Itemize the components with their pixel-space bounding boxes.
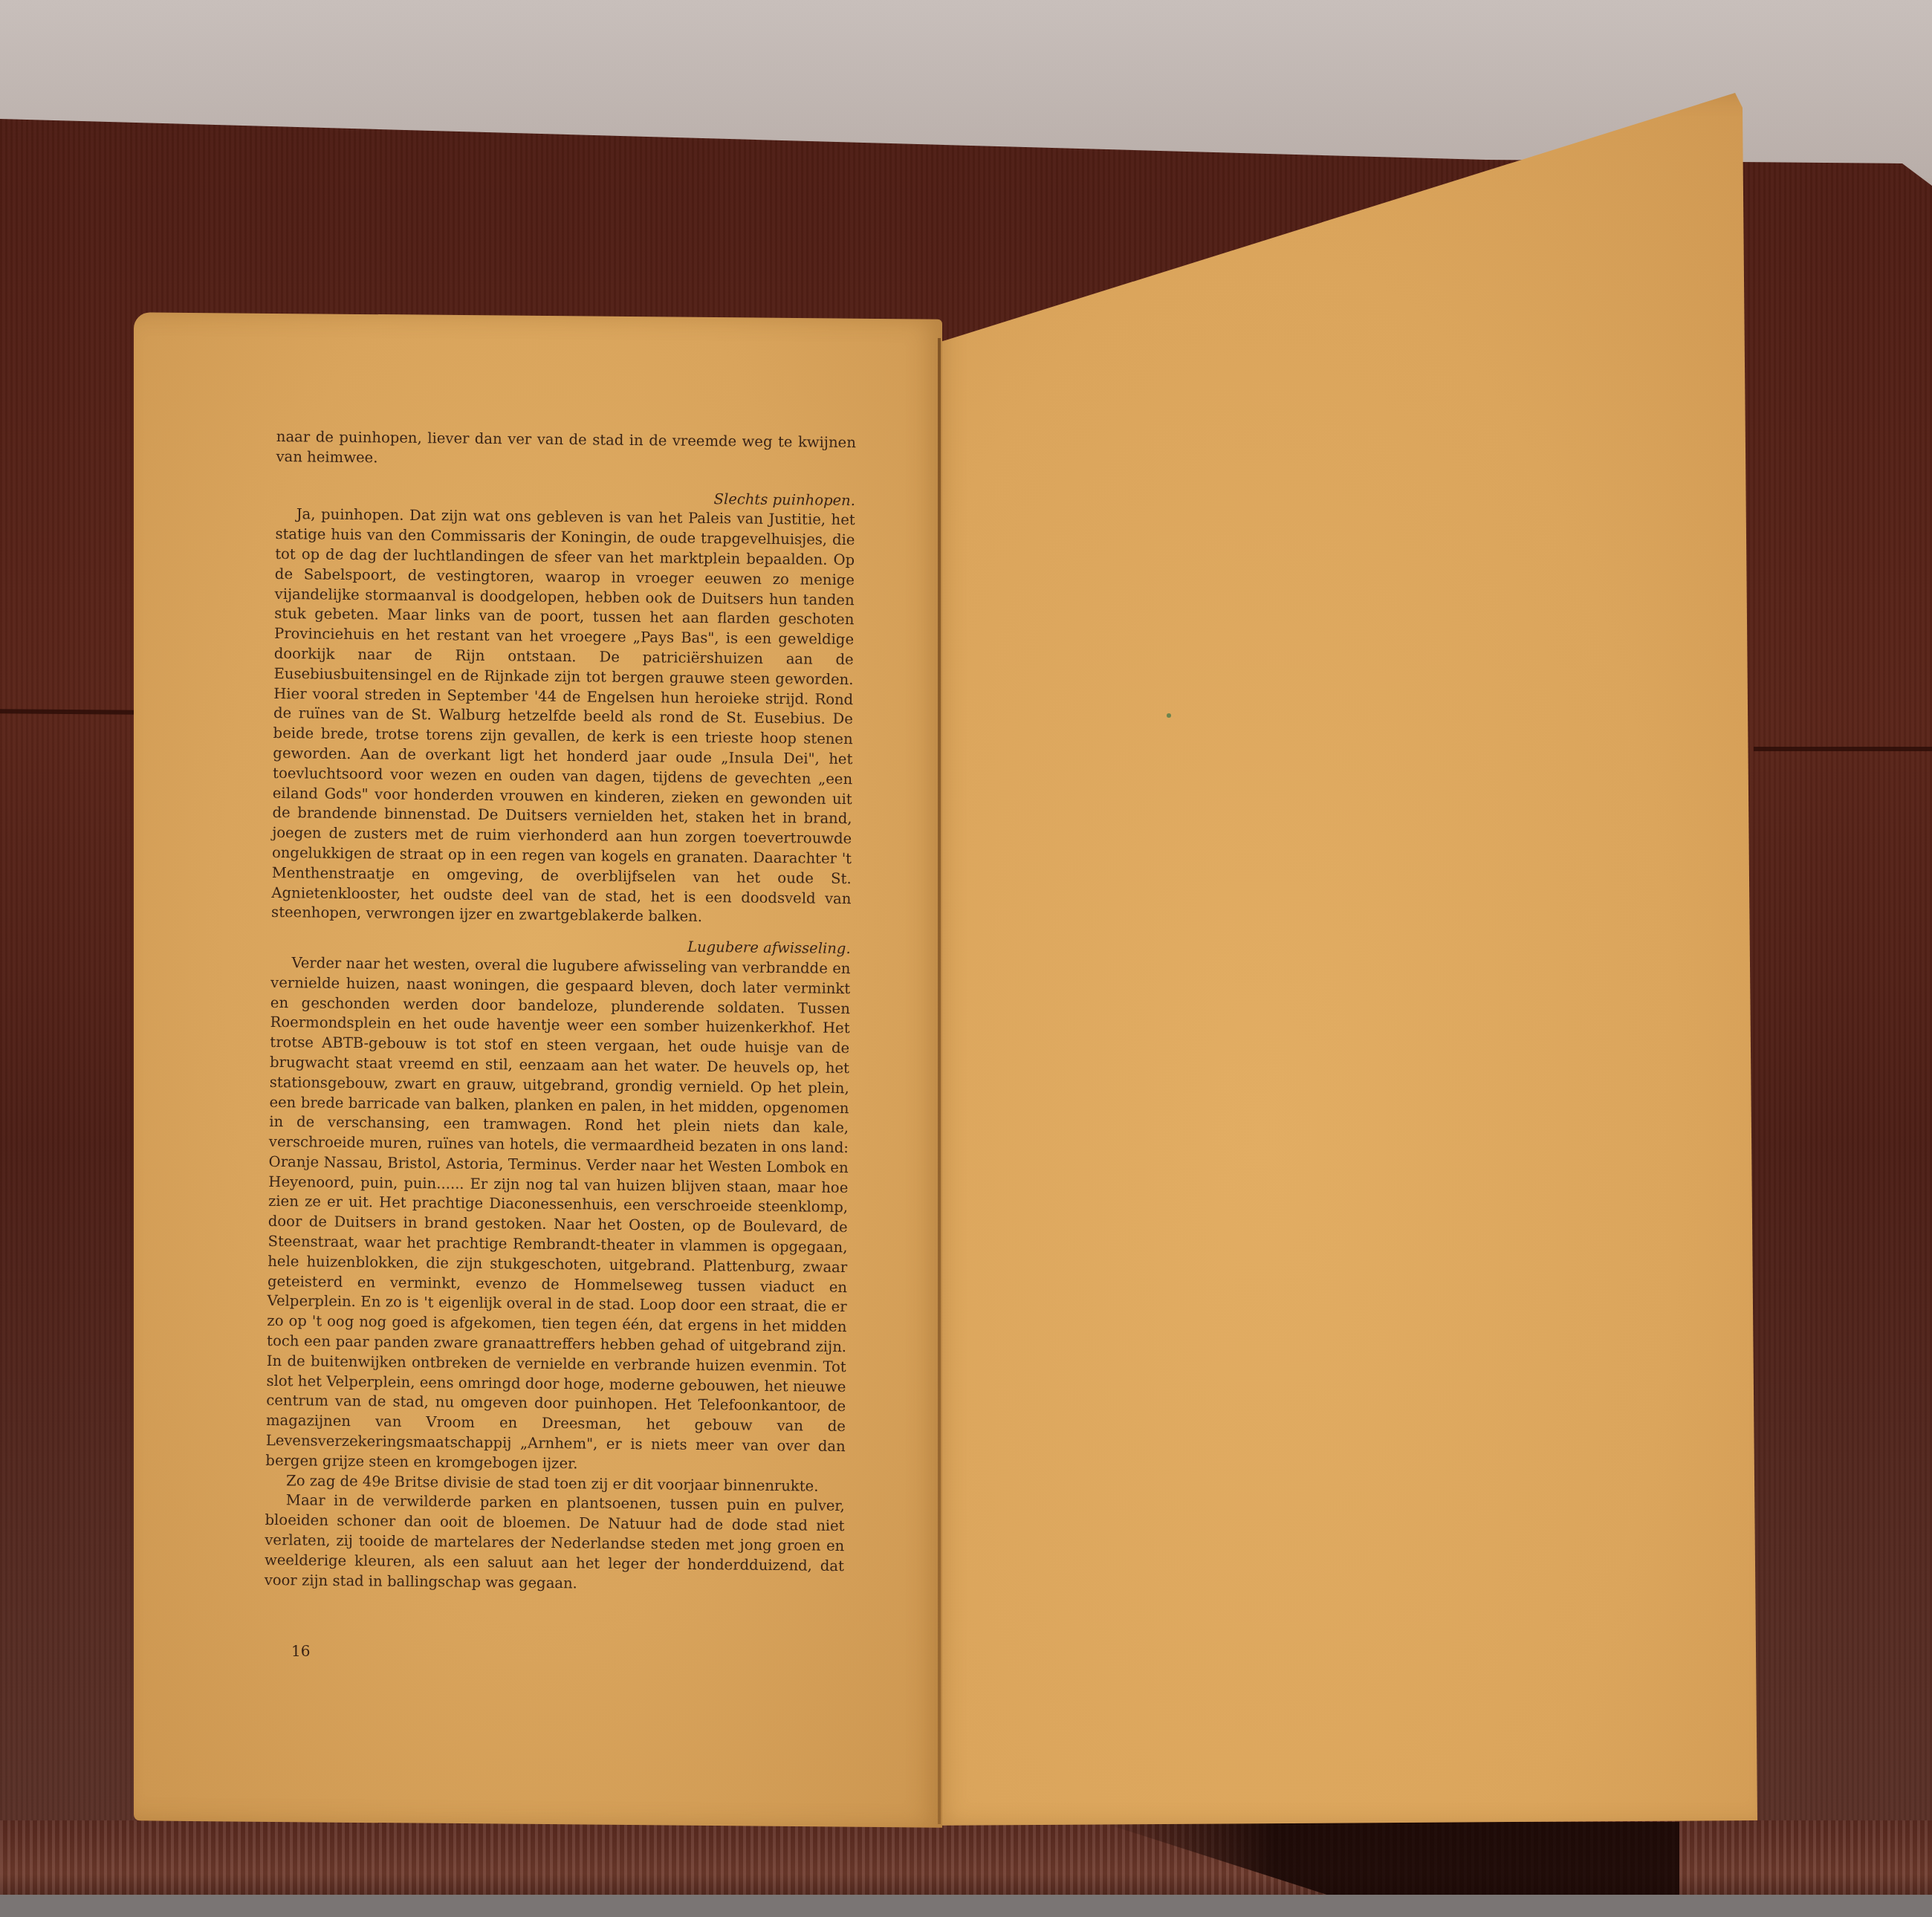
- page-number: 16: [291, 1642, 310, 1660]
- book-spine: [938, 338, 941, 1824]
- left-page-text: naar de puinhopen, liever dan ver van de…: [265, 427, 856, 1597]
- opening-lines: naar de puinhopen, liever dan ver van de…: [276, 427, 856, 473]
- ink-spot: [1167, 713, 1171, 718]
- paragraph: Verder naar het westen, overal die lugub…: [265, 953, 850, 1477]
- paragraph: Ja, puinhopen. Dat zijn wat ons gebleven…: [271, 505, 855, 929]
- right-page-blank: [929, 93, 1757, 1826]
- paragraph: Maar in de verwilderde parken en plantso…: [265, 1491, 845, 1596]
- wood-seam-right: [1754, 747, 1932, 751]
- floor: [0, 1895, 1932, 1917]
